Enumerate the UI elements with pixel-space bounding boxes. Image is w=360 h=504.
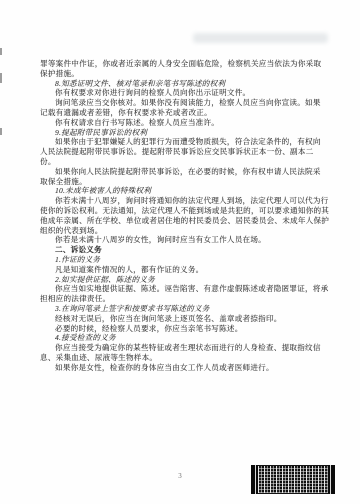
scan-artifact-smudge (193, 33, 328, 43)
text-line: 息、采集血迹、尿液等生物样本。 (40, 353, 326, 363)
text-line: 取保全措施。 (40, 177, 326, 187)
text-line: 记载有遗漏或者差错，你有权要求补充或者改正。 (40, 108, 326, 118)
text-line: 凡是知道案件情况的人，都有作证的义务。 (40, 265, 326, 275)
scan-artifact-edge (0, 128, 2, 135)
text-line: 你应当如实地提供证据、陈述。诬告陷害、有意作虚假陈述或者隐匿罪证，将承 (40, 284, 326, 294)
text-line: 保护措施。 (40, 69, 326, 79)
text-line: 10.未成年被害人的特殊权利 (40, 186, 326, 196)
text-line: 份。 (40, 157, 326, 167)
text-line: 人民法院提起附带民事诉讼。提起附带民事诉讼应交民事诉状正本一份、副本二 (40, 147, 326, 157)
text-line: 你有权要求对你进行询问的检察人员向你出示证明文件。 (40, 88, 326, 98)
scan-artifact-edge (0, 48, 2, 55)
text-line: 他成年亲属、所在学校、单位或者居住地的村民委员会、居民委员会、未成年人保护 (40, 216, 326, 226)
document-page: 罪等案件中作证，你或者近亲属的人身安全面临危险，检察机关应当依法为你采取保护措施… (0, 0, 360, 504)
text-line: 9.提起附带民事诉讼的权利 (40, 128, 326, 138)
text-line: 使你的诉讼权利。无法通知，法定代理人不能到场或是共犯的，可以要求通知你的其 (40, 206, 326, 216)
text-line: 经核对无误后，你应当在询问笔录上逐页签名、盖章或者捺指印。 (40, 314, 326, 324)
barcode (251, 465, 335, 494)
text-line: 担相应的法律责任。 (40, 294, 326, 304)
text-line: 1.作证的义务 (40, 255, 326, 265)
text-line: 如果你是女性，检查你的身体应当由女工作人员或者医师进行。 (40, 363, 326, 373)
text-line: 组织的代表到场。 (40, 226, 326, 236)
text-line: 如果你由于犯罪嫌疑人的犯罪行为而遭受物质损失，符合法定条件的，有权向 (40, 137, 326, 147)
text-line: 询问笔录应当交你核对。如果你没有阅读能力，检察人员应当向你宣读。如果 (40, 98, 326, 108)
scan-artifact-edge (0, 73, 2, 83)
text-line: 你应当接受为确定你的某些特征或者生理状态而进行的人身检查、提取指纹信 (40, 343, 326, 353)
barcode-pattern (258, 466, 328, 493)
text-line: 必要的时候，经检察人员要求，你应当亲笔书写陈述。 (40, 324, 326, 334)
text-line: 8.知悉证明文件、核对笔录和亲笔书写陈述的权利 (40, 79, 326, 89)
text-line: 你有权请求自行书写陈述。检察人员应当准许。 (40, 118, 326, 128)
text-line: 你若是未满十八周岁的女性，询问时应当有女工作人员在场。 (40, 235, 326, 245)
text-line: 3.在询问笔录上签字和按要求书写陈述的义务 (40, 304, 326, 314)
text-line: 你若未满十八周岁，询问时将通知你的法定代理人到场，法定代理人可以代为行 (40, 196, 326, 206)
text-line: 2.如实提供证据、陈述的义务 (40, 275, 326, 285)
text-line: 罪等案件中作证，你或者近亲属的人身安全面临危险，检察机关应当依法为你采取 (40, 59, 326, 69)
text-line: 如果你向人民法院提起附带民事诉讼，在必要的时候，你有权申请人民法院采 (40, 167, 326, 177)
text-line: 4.接受检查的义务 (40, 333, 326, 343)
document-body-text: 罪等案件中作证，你或者近亲属的人身安全面临危险，检察机关应当依法为你采取保护措施… (40, 59, 326, 373)
text-line: 二、诉讼义务 (40, 245, 326, 255)
